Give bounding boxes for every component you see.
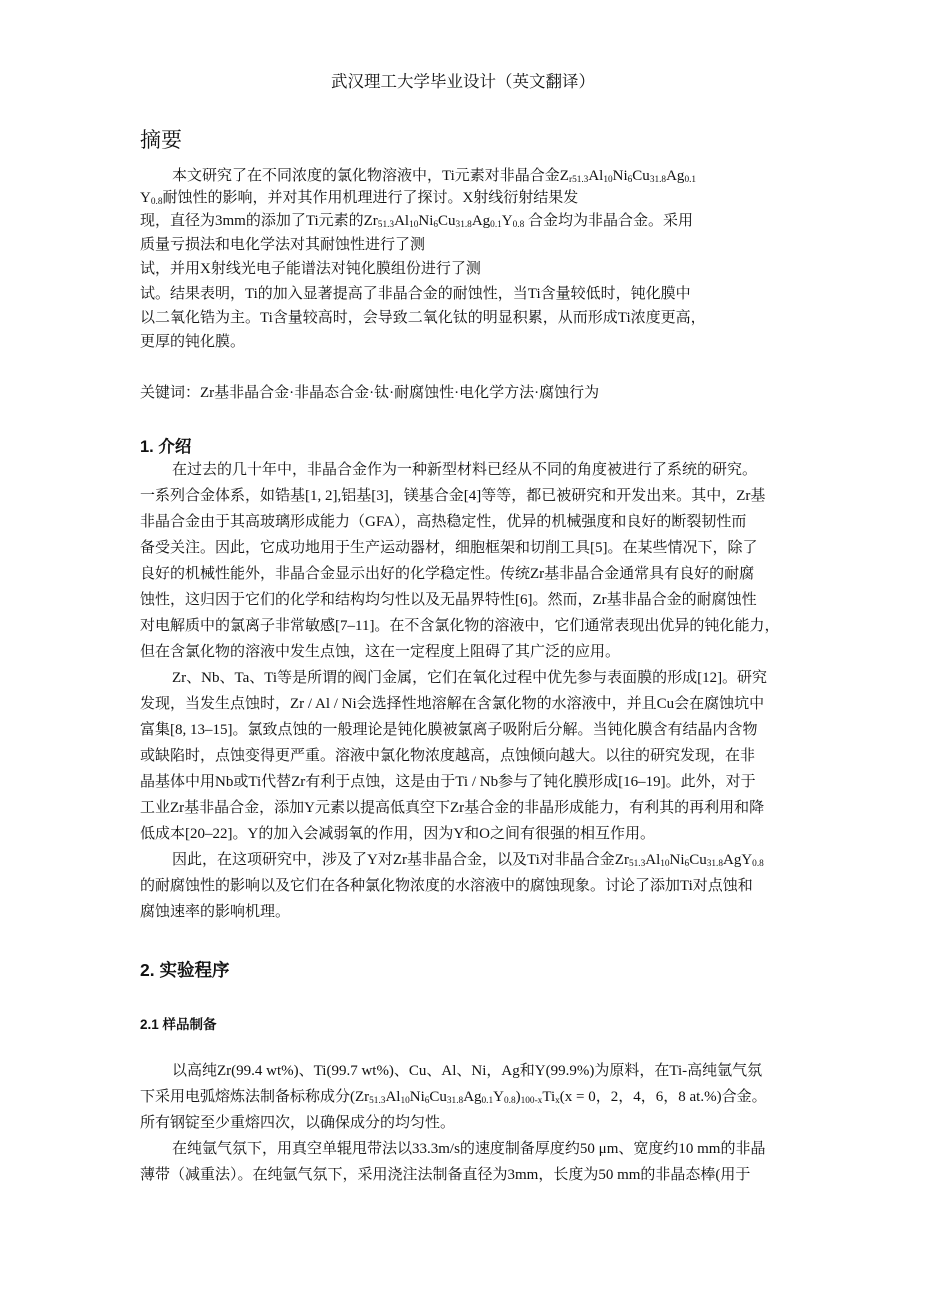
abstract-line: 试。结果表明，Ti的加入显著提高了非晶合金的耐蚀性，当Ti含量较低时，钝化膜中 [140,284,691,304]
intro-line: 一系列合金体系，如锆基[1, 2],铝基[3]，镁基合金[4]等等，都已被研究和… [140,486,765,506]
section-heading-intro: 1. 介绍 [140,433,191,457]
abstract-heading: 摘要 [140,124,182,154]
intro-line: 非晶合金由于其高玻璃形成能力（GFA），高热稳定性，优异的机械强度和良好的断裂韧… [140,512,746,532]
intro-line: 的耐腐蚀性的影响以及它们在各种氯化物浓度的水溶液中的腐蚀现象。讨论了添加Ti对点… [140,876,753,896]
method-line: 以高纯Zr(99.4 wt%)、Ti(99.7 wt%)、Cu、Al、Ni，Ag… [172,1061,762,1081]
intro-line: Zr、Nb、Ta、Ti等是所谓的阀门金属，它们在氧化过程中优先参与表面膜的形成[… [172,668,767,688]
abstract-line: 现，直径为3mm的添加了Ti元素的Zr51.3Al10Ni6Cu31.8Ag0.… [140,211,693,231]
document-page: 武汉理工大学毕业设计（英文翻译） 摘要 本文研究了在不同浓度的氯化物溶液中，Ti… [0,0,926,1309]
intro-line: 因此，在这项研究中，涉及了Y对Zr基非晶合金，以及Ti对非晶合金Zr51.3Al… [172,850,764,870]
intro-line: 在过去的几十年中，非晶合金作为一种新型材料已经从不同的角度被进行了系统的研究。 [172,460,757,480]
abstract-line: 试，并用X射线光电子能谱法对钝化膜组份进行了测 [140,259,481,279]
intro-line: 备受关注。因此，它成功地用于生产运动器材，细胞框架和切削工具[5]。在某些情况下… [140,538,758,558]
abstract-line: 本文研究了在不同浓度的氯化物溶液中，Ti元素对非晶合金Zr51.3Al10Ni6… [172,166,696,186]
section-heading-experimental: 2. 实验程序 [140,957,229,982]
method-line: 在纯氩气氛下，用真空单辊甩带法以33.3m/s的速度制备厚度约50 μm、宽度约… [172,1139,765,1159]
intro-line: 但在含氯化物的溶液中发生点蚀，这在一定程度上阻碍了其广泛的应用。 [140,642,620,662]
intro-line: 或缺陷时，点蚀变得更严重。溶液中氯化物浓度越高，点蚀倾向越大。以往的研究发现，在… [140,746,755,766]
intro-line: 发现，当发生点蚀时，Zr / Al / Ni会选择性地溶解在含氯化物的水溶液中，… [140,694,764,714]
abstract-line: 质量亏损法和电化学法对其耐蚀性进行了测 [140,235,425,255]
subsection-heading-sample-prep: 2.1 样品制备 [140,1013,217,1033]
intro-line: 低成本[20–22]。Y的加入会减弱氧的作用，因为Y和O之间有很强的相互作用。 [140,824,655,844]
method-line: 所有钢锭至少重熔四次，以确保成分的均匀性。 [140,1113,455,1133]
method-line: 下采用电弧熔炼法制备标称成分(Zr51.3Al10Ni6Cu31.8Ag0.1Y… [140,1087,767,1107]
abstract-line: 以二氧化锆为主。Ti含量较高时，会导致二氧化钛的明显积累，从而形成Ti浓度更高， [140,308,706,328]
abstract-line: 更厚的钝化膜。 [140,332,245,352]
intro-line: 蚀性，这归因于它们的化学和结构均匀性以及无晶界特性[6]。然而，Zr基非晶合金的… [140,590,757,610]
intro-line: 对电解质中的氯离子非常敏感[7–11]。在不含氯化物的溶液中，它们通常表现出优异… [140,616,779,636]
intro-line: 富集[8, 13–15]。氯致点蚀的一般理论是钝化膜被氯离子吸附后分解。当钝化膜… [140,720,758,740]
intro-line: 晶基体中用Nb或Ti代替Zr有利于点蚀，这是由于Ti / Nb参与了钝化膜形成[… [140,772,756,792]
page-header: 武汉理工大学毕业设计（英文翻译） [0,68,926,92]
abstract-line: Y0.8耐蚀性的影响，并对其作用机理进行了探讨。X射线衍射结果发 [140,188,578,208]
intro-line: 工业Zr基非晶合金，添加Y元素以提高低真空下Zr基合金的非晶形成能力，有利其的再… [140,798,764,818]
intro-line: 腐蚀速率的影响机理。 [140,902,290,922]
keywords: 关键词：Zr基非晶合金·非晶态合金·钛·耐腐蚀性·电化学方法·腐蚀行为 [140,383,599,403]
intro-line: 良好的机械性能外，非晶合金显示出好的化学稳定性。传统Zr基非晶合金通常具有良好的… [140,564,754,584]
method-line: 薄带（减重法）。在纯氩气氛下，采用浇注法制备直径为3mm，长度为50 mm的非晶… [140,1165,750,1185]
